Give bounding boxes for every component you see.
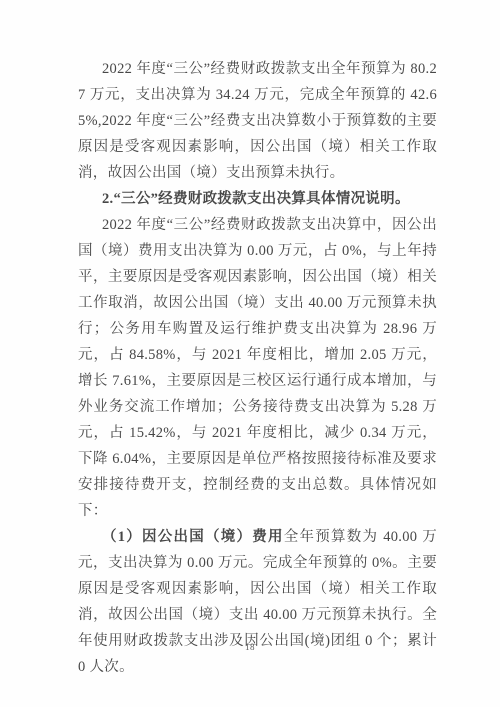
paragraph-item-1: （1）因公出国（境）费用全年预算数为 40.00 万元，支出决算为 0.00 万… bbox=[78, 524, 437, 680]
item-1-lead: （1）因公出国（境）费用 bbox=[102, 529, 284, 545]
paragraph-budget-summary: 2022 年度“三公”经费财政拨款支出全年预算为 80.27 万元，支出决算为 … bbox=[78, 56, 437, 186]
page-content: 2022 年度“三公”经费财政拨款支出全年预算为 80.27 万元，支出决算为 … bbox=[78, 56, 437, 680]
page-number: 18 bbox=[0, 641, 500, 653]
paragraph-expense-detail: 2022 年度“三公”经费财政拨款支出决算中，因公出国（境）费用支出决算为 0.… bbox=[78, 212, 437, 524]
document-page: 2022 年度“三公”经费财政拨款支出全年预算为 80.27 万元，支出决算为 … bbox=[0, 0, 500, 707]
item-1-body: 全年预算数为 40.00 万元，支出决算为 0.00 万元。完成全年预算的 0%… bbox=[78, 529, 437, 675]
heading-section-2: 2.“三公”经费财政拨款支出决算具体情况说明。 bbox=[78, 186, 437, 212]
